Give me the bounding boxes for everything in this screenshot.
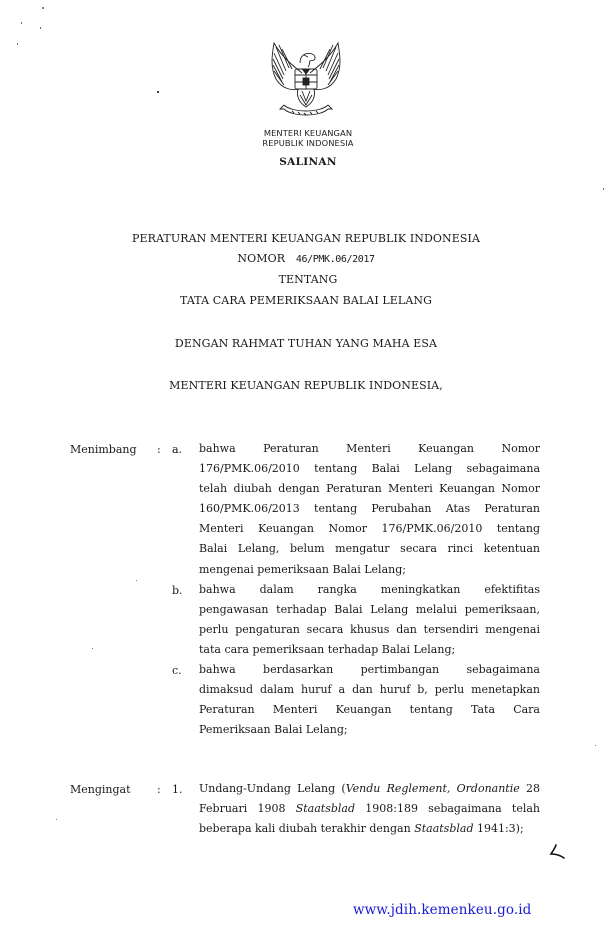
text-line: tata cara pemeriksaan terhadap Balai Lel… — [199, 640, 540, 660]
text-line: Peraturan Menteri Keuangan tentang Tata … — [199, 700, 540, 720]
scan-speck — [21, 22, 22, 24]
regulation-subject: TATA CARA PEMERIKSAAN BALAI LELANG — [0, 294, 612, 307]
text-line: mengenai pemeriksaan Balai Lelang; — [199, 560, 540, 580]
ministry-name-line1: MENTERI KEUANGAN — [2, 128, 612, 138]
scan-speck — [40, 27, 41, 29]
menimbang-colon: : — [157, 443, 161, 456]
handwritten-initial-icon — [548, 843, 568, 861]
scan-speck — [92, 648, 93, 649]
text-line: telah diubah dengan Peraturan Menteri Ke… — [199, 479, 540, 499]
mengingat-label: Mengingat — [70, 783, 131, 796]
text-run: 28 — [520, 782, 540, 795]
ministry-name-line2: REPUBLIK INDONESIA — [2, 138, 612, 148]
mengingat-colon: : — [157, 783, 161, 796]
garuda-emblem-icon — [262, 35, 350, 123]
text-line: 160/PMK.06/2013 tentang Perubahan Atas P… — [199, 499, 540, 519]
document-page: MENTERI KEUANGAN REPUBLIK INDONESIA SALI… — [0, 0, 612, 936]
issuing-authority: MENTERI KEUANGAN REPUBLIK INDONESIA, — [0, 379, 612, 392]
text-line: Pemeriksaan Balai Lelang; — [199, 720, 540, 740]
menimbang-item-c: bahwa berdasarkan pertimbangan sebagaima… — [199, 660, 540, 740]
nomor-label: NOMOR — [237, 252, 285, 265]
tentang-label: TENTANG — [2, 273, 612, 286]
scan-speck — [595, 745, 596, 746]
regulation-title: PERATURAN MENTERI KEUANGAN REPUBLIK INDO… — [0, 232, 612, 245]
scan-speck — [56, 819, 57, 820]
scan-speck — [42, 7, 44, 9]
scan-speck — [17, 43, 18, 45]
text-line: Balai Lelang, belum mengatur secara rinc… — [199, 539, 540, 559]
text-line: perlu pengaturan secara khusus dan terse… — [199, 620, 540, 640]
text-line: bahwa Peraturan Menteri Keuangan Nomor — [199, 439, 540, 459]
scan-speck — [136, 580, 137, 581]
item-marker-b: b. — [172, 584, 183, 597]
item-marker-c: c. — [172, 664, 182, 677]
nomor-value: 46/PMK.06/2017 — [296, 254, 375, 265]
item-marker-a: a. — [172, 443, 182, 456]
text-line: 176/PMK.06/2010 tentang Balai Lelang seb… — [199, 459, 540, 479]
regulation-number: NOMOR 46/PMK.06/2017 — [0, 252, 612, 265]
invocation: DENGAN RAHMAT TUHAN YANG MAHA ESA — [0, 337, 612, 350]
menimbang-item-a: bahwa Peraturan Menteri Keuangan Nomor 1… — [199, 439, 540, 580]
text-line: bahwa berdasarkan pertimbangan sebagaima… — [199, 660, 540, 680]
text-line: pengawasan terhadap Balai Lelang melalui… — [199, 600, 540, 620]
text-run: Undang-Undang Lelang ( — [199, 782, 346, 795]
menimbang-label: Menimbang — [70, 443, 137, 456]
text-line: beberapa kali diubah terakhir dengan Sta… — [199, 819, 540, 839]
italic-run: Staatsblad — [414, 822, 473, 835]
mengingat-item-1: Undang-Undang Lelang (Vendu Reglement, O… — [199, 779, 540, 839]
text-line: Februari 1908 Staatsblad 1908:189 sebaga… — [199, 799, 540, 819]
scan-speck — [603, 188, 604, 190]
scan-speck — [157, 91, 159, 93]
italic-run: Vendu Reglement, Ordonantie — [346, 782, 520, 795]
item-marker-1: 1. — [172, 783, 183, 796]
footer-website-link[interactable]: www.jdih.kemenkeu.go.id — [353, 902, 531, 918]
copy-label: SALINAN — [0, 156, 612, 168]
text-run: 1908:189 sebagaimana telah — [355, 802, 540, 815]
text-run: beberapa kali diubah terakhir dengan — [199, 822, 414, 835]
italic-run: Staatsblad — [296, 802, 355, 815]
text-run: 1941:3); — [473, 822, 523, 835]
text-line: Menteri Keuangan Nomor 176/PMK.06/2010 t… — [199, 519, 540, 539]
text-line: Undang-Undang Lelang (Vendu Reglement, O… — [199, 779, 540, 799]
text-line: dimaksud dalam huruf a dan huruf b, perl… — [199, 680, 540, 700]
menimbang-item-b: bahwa dalam rangka meningkatkan efektifi… — [199, 580, 540, 660]
text-line: bahwa dalam rangka meningkatkan efektifi… — [199, 580, 540, 600]
text-run: Februari 1908 — [199, 802, 296, 815]
